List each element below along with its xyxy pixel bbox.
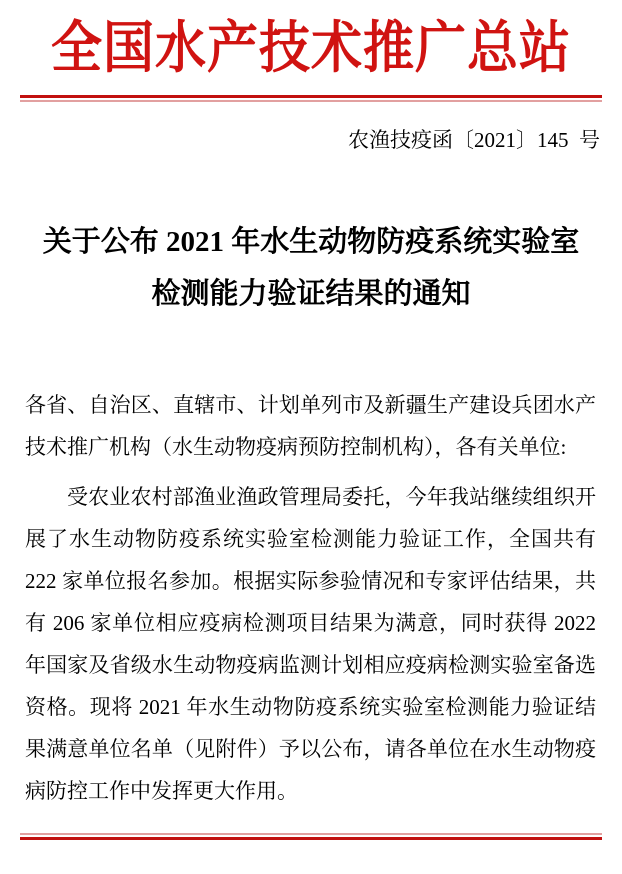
- footer-divider-thick-line: [20, 837, 602, 840]
- letterhead-divider: [20, 95, 602, 102]
- letterhead-org-name: 全国水产技术推广总站: [0, 0, 622, 86]
- document-body: 各省、自治区、直辖市、计划单列市及新疆生产建设兵团水产技术推广机构（水生动物疫病…: [25, 384, 596, 812]
- divider-thin-line: [20, 100, 602, 102]
- main-paragraph: 受农业农村部渔业渔政管理局委托，今年我站继续组织开展了水生动物防疫系统实验室检测…: [25, 476, 596, 812]
- salutation: 各省、自治区、直辖市、计划单列市及新疆生产建设兵团水产技术推广机构（水生动物疫病…: [25, 384, 596, 468]
- document-page: 全国水产技术推广总站 农渔技疫函〔2021〕145 号 关于公布 2021 年水…: [0, 0, 622, 874]
- document-title-line1: 关于公布 2021 年水生动物防疫系统实验室: [0, 216, 622, 268]
- document-title-line2: 检测能力验证结果的通知: [0, 268, 622, 320]
- footer-divider: [20, 833, 602, 840]
- document-number: 农渔技疫函〔2021〕145 号: [0, 128, 622, 152]
- document-title: 关于公布 2021 年水生动物防疫系统实验室 检测能力验证结果的通知: [0, 216, 622, 320]
